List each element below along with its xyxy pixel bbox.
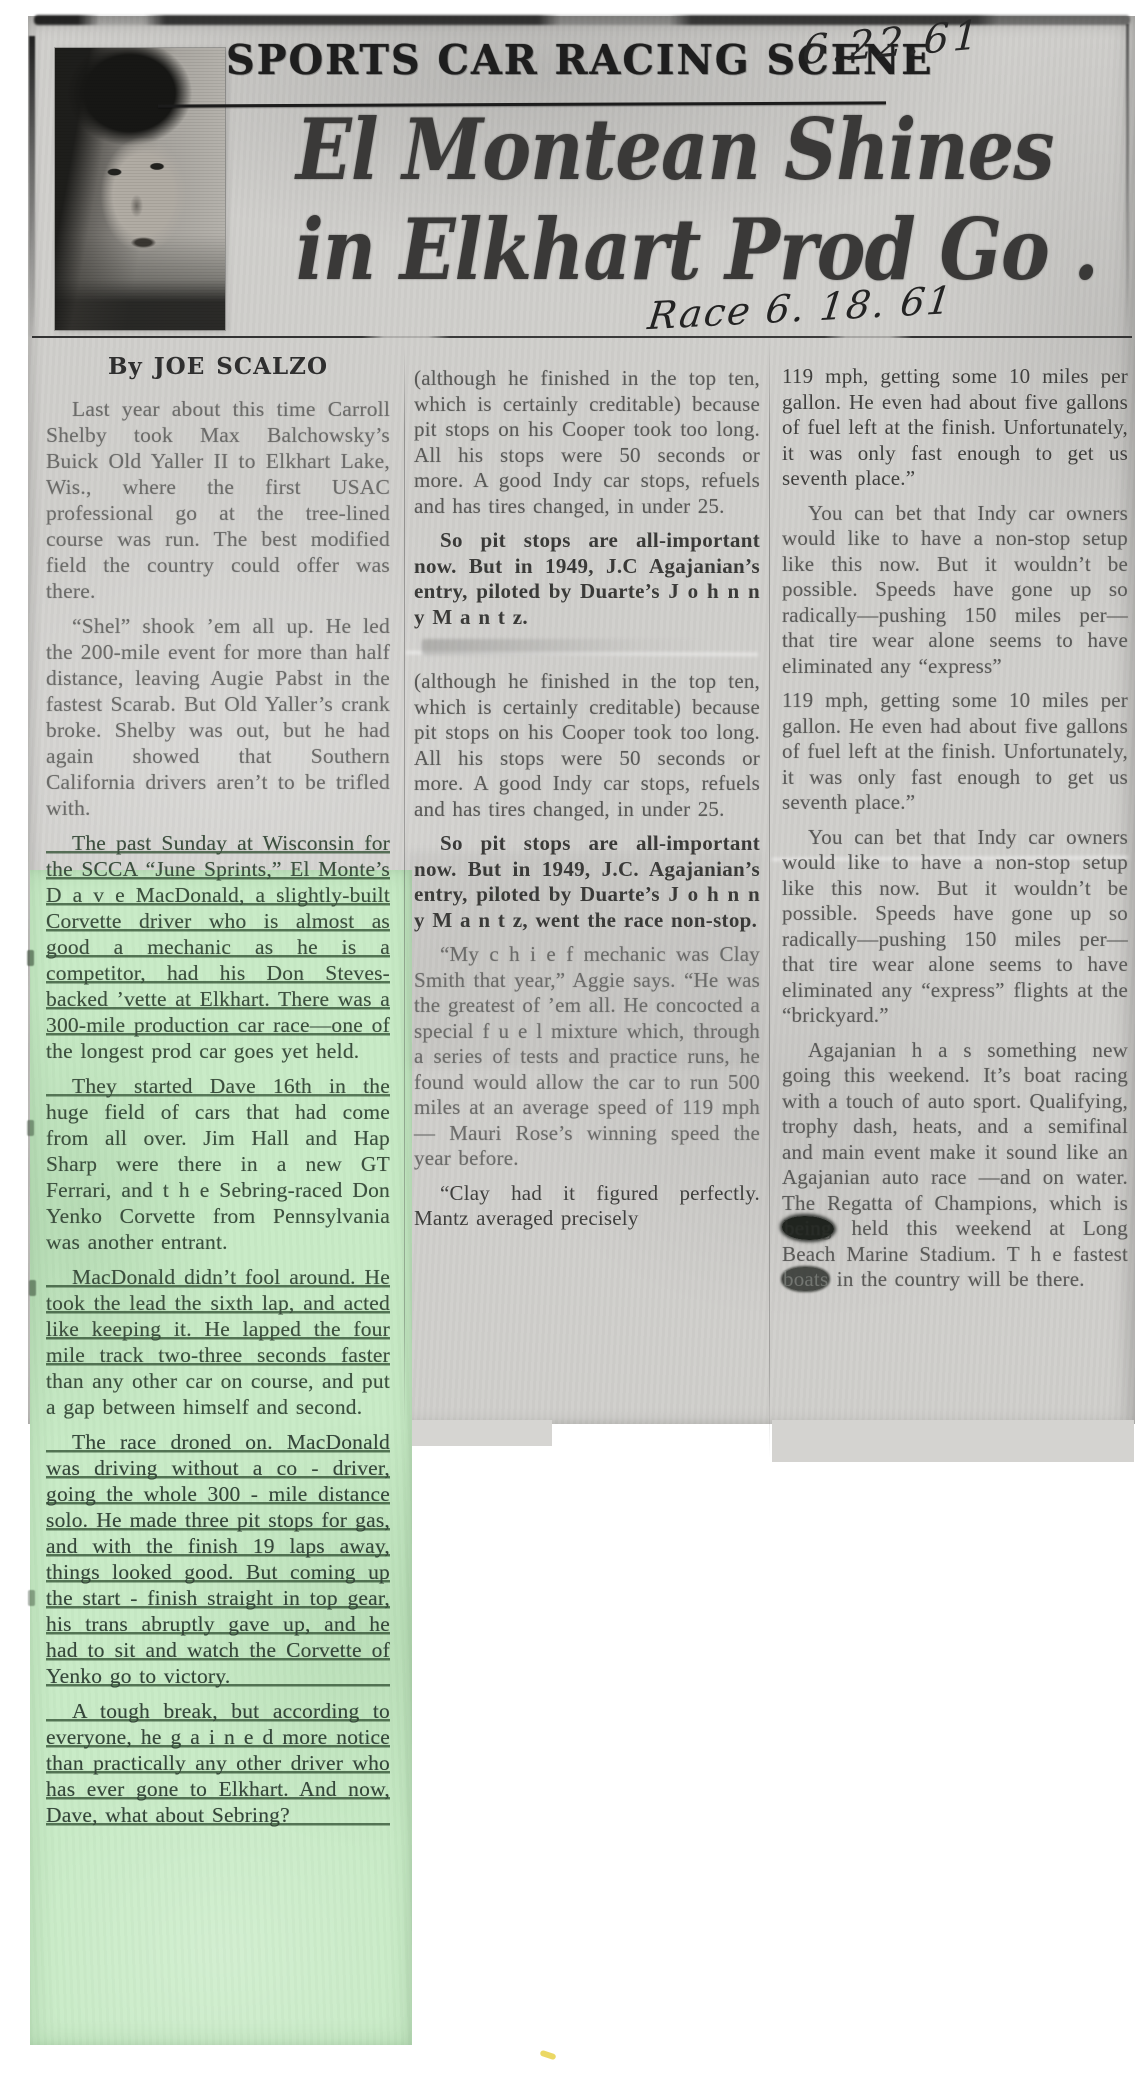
ink-edge-marks — [27, 950, 34, 966]
faded-ghost-line — [422, 639, 706, 655]
headline-line-1: El Montean Shines — [296, 100, 1098, 200]
clipping-paper-notch — [402, 1420, 552, 1446]
column-rule — [404, 345, 405, 1425]
byline: By JOE SCALZO — [46, 354, 390, 380]
column-rule — [769, 340, 770, 1458]
paragraph-duplicate: 119 mph, getting some 10 miles per gallo… — [782, 688, 1128, 816]
paragraph: Agajanian h a s something new going this… — [782, 1038, 1128, 1293]
clipping-paper-right-tail — [772, 1420, 1134, 1462]
paragraph-text: held this weekend at Long Beach Marine S… — [782, 1216, 1128, 1266]
paragraph: You can bet that Indy car owners would l… — [782, 825, 1128, 1029]
paragraph-text: Agajanian h a s something new going this… — [782, 1038, 1128, 1215]
highlighted-paragraph: The past Sunday at Wisconsin for the SCC… — [46, 830, 390, 1064]
highlighted-paragraph: They started Dave 16th in the huge field… — [46, 1073, 390, 1255]
paragraph: “Clay had it figured perfectly. Mantz av… — [414, 1181, 760, 1232]
paragraph: You can bet that Indy car owners would l… — [782, 501, 1128, 680]
highlighted-paragraph: A tough break, but according to everyone… — [46, 1698, 390, 1828]
newspaper-clipping-scan: SPORTS CAR RACING SCENE 6.22.61 El Monte… — [0, 0, 1143, 2094]
paragraph: So pit stops are all-important now. But … — [414, 528, 760, 630]
paragraph: 119 mph, getting some 10 miles per gallo… — [782, 364, 1128, 492]
paragraph: “My c h i e f mechanic was Clay Smith th… — [414, 942, 760, 1172]
highlighted-paragraph: The race droned on. MacDonald was drivin… — [46, 1429, 390, 1689]
ink-blot-word: being — [782, 1216, 834, 1240]
paragraph: “Shel” shook ’em all up. He led the 200-… — [46, 613, 390, 821]
column-2: (although he finished in the top ten, wh… — [414, 352, 760, 1241]
headline-line-2: in Elkhart Prod Go . — [296, 200, 1098, 300]
ink-smudge-word: boats — [782, 1267, 829, 1291]
yellow-mark — [539, 2050, 556, 2061]
paragraph-text: in the country will be there. — [829, 1267, 1084, 1291]
column-1: By JOE SCALZO Last year about this time … — [46, 352, 390, 1837]
headline: El Montean Shines in Elkhart Prod Go . — [296, 100, 1143, 300]
paragraph: Last year about this time Carroll Shelby… — [46, 396, 390, 604]
highlighted-paragraph: MacDonald didn’t fool around. He took th… — [46, 1264, 390, 1420]
driver-portrait-photo — [55, 48, 225, 330]
torn-left-edge — [29, 36, 35, 336]
column-3: 119 mph, getting some 10 miles per gallo… — [782, 352, 1128, 1302]
paragraph: So pit stops are all-important now. But … — [414, 831, 760, 933]
paragraph: (although he finished in the top ten, wh… — [414, 366, 760, 519]
paragraph-text: You can bet that Indy car owners would l… — [782, 825, 1128, 1002]
masthead-divider-rule — [32, 336, 1132, 338]
paragraph-duplicate: (although he finished in the top ten, wh… — [414, 669, 760, 822]
